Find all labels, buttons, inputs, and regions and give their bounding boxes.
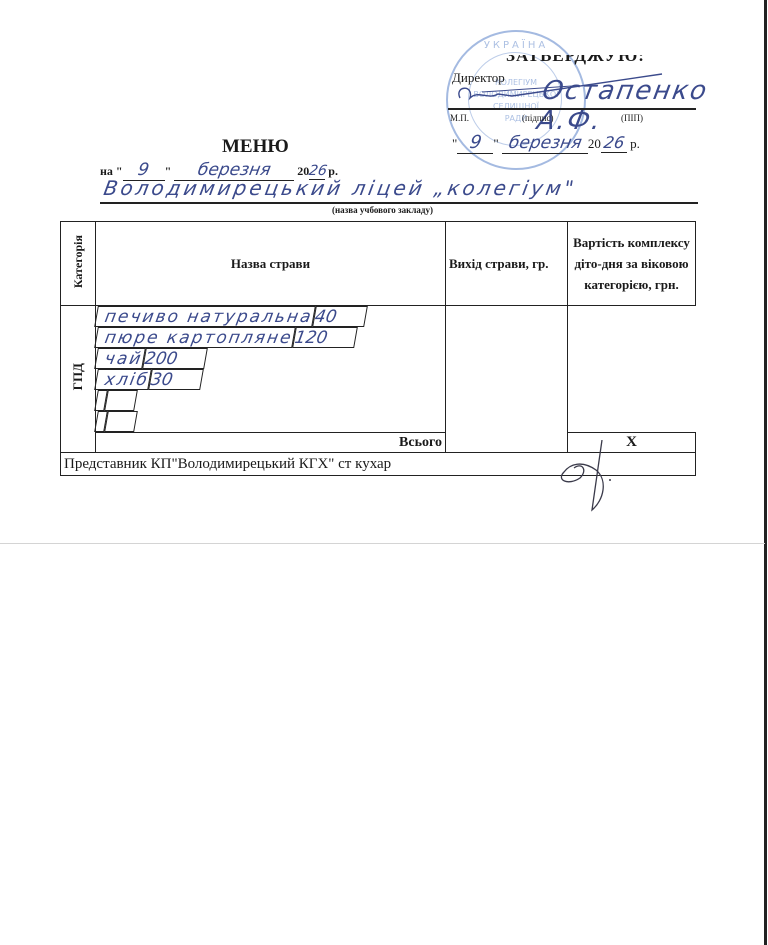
table-row: чай 200 [61,348,696,369]
approval-day: 9 [468,132,483,153]
approval-date: "9" березня2026 р. [452,132,640,154]
header-cost: Вартість комплексу діто-дня за віковою к… [568,222,696,306]
qty-cell: 200 [142,348,208,369]
dish-cell: чай [94,348,145,369]
table-row [61,411,696,433]
stamp-top-text: УКРАЇНА [448,40,584,51]
director-name: Остапенко А.Ф. [535,76,768,136]
qty-cell: 30 [148,369,203,390]
table-row: хліб 30 [61,369,696,390]
approval-year-suffix: 26 [602,133,626,152]
approval-year-prefix: 20 [588,136,601,151]
header-output: Вихід страви, гр. [446,222,568,306]
dish-cell: хліб [94,369,152,390]
table-row [61,390,696,411]
scan-edge [764,0,767,945]
qty-cell [104,411,138,432]
table-row: пюре картопляне 120 [61,327,696,348]
approval-month: березня [507,133,583,153]
school-caption: (назва учбового закладу) [332,205,433,215]
school-name: Володимирецький ліцей „колегіум" [102,176,579,200]
dish-cell: печиво натуральна [94,306,315,327]
qty-cell: 40 [312,306,367,327]
signature-label: (підпис) [522,113,554,123]
header-dish-name: Назва страви [96,222,446,306]
table-header-row: Категорія Назва страви Вихід страви, гр.… [61,222,696,306]
stamp-place-label: М.П. [450,113,469,123]
year-label: р. [630,136,640,151]
category-value: ГПД [70,363,86,390]
cost-cell [446,306,568,453]
category-cell: ГПД [61,306,96,453]
page-fold-line [0,543,765,544]
qty-cell [104,390,138,411]
menu-title: МЕНЮ [222,136,289,158]
header-category: Категорія [61,222,96,306]
name-label: (ПІП) [621,113,643,123]
chef-signature-icon [552,440,622,520]
scanned-menu-page: УКРАЇНА КОЛЕГІУМ ВОЛОДИМИРЕЦЬКОЇ СЕЛИЩНО… [0,0,768,945]
table-row: ГПД печиво натуральна 40 [61,306,696,328]
dish-cell: пюре картопляне [94,327,295,348]
school-name-field: Володимирецький ліцей „колегіум" [100,178,698,204]
menu-table: Категорія Назва страви Вихід страви, гр.… [60,221,696,476]
total-label: Всього [96,433,446,453]
signature-line [448,108,696,110]
qty-cell: 120 [292,327,358,348]
